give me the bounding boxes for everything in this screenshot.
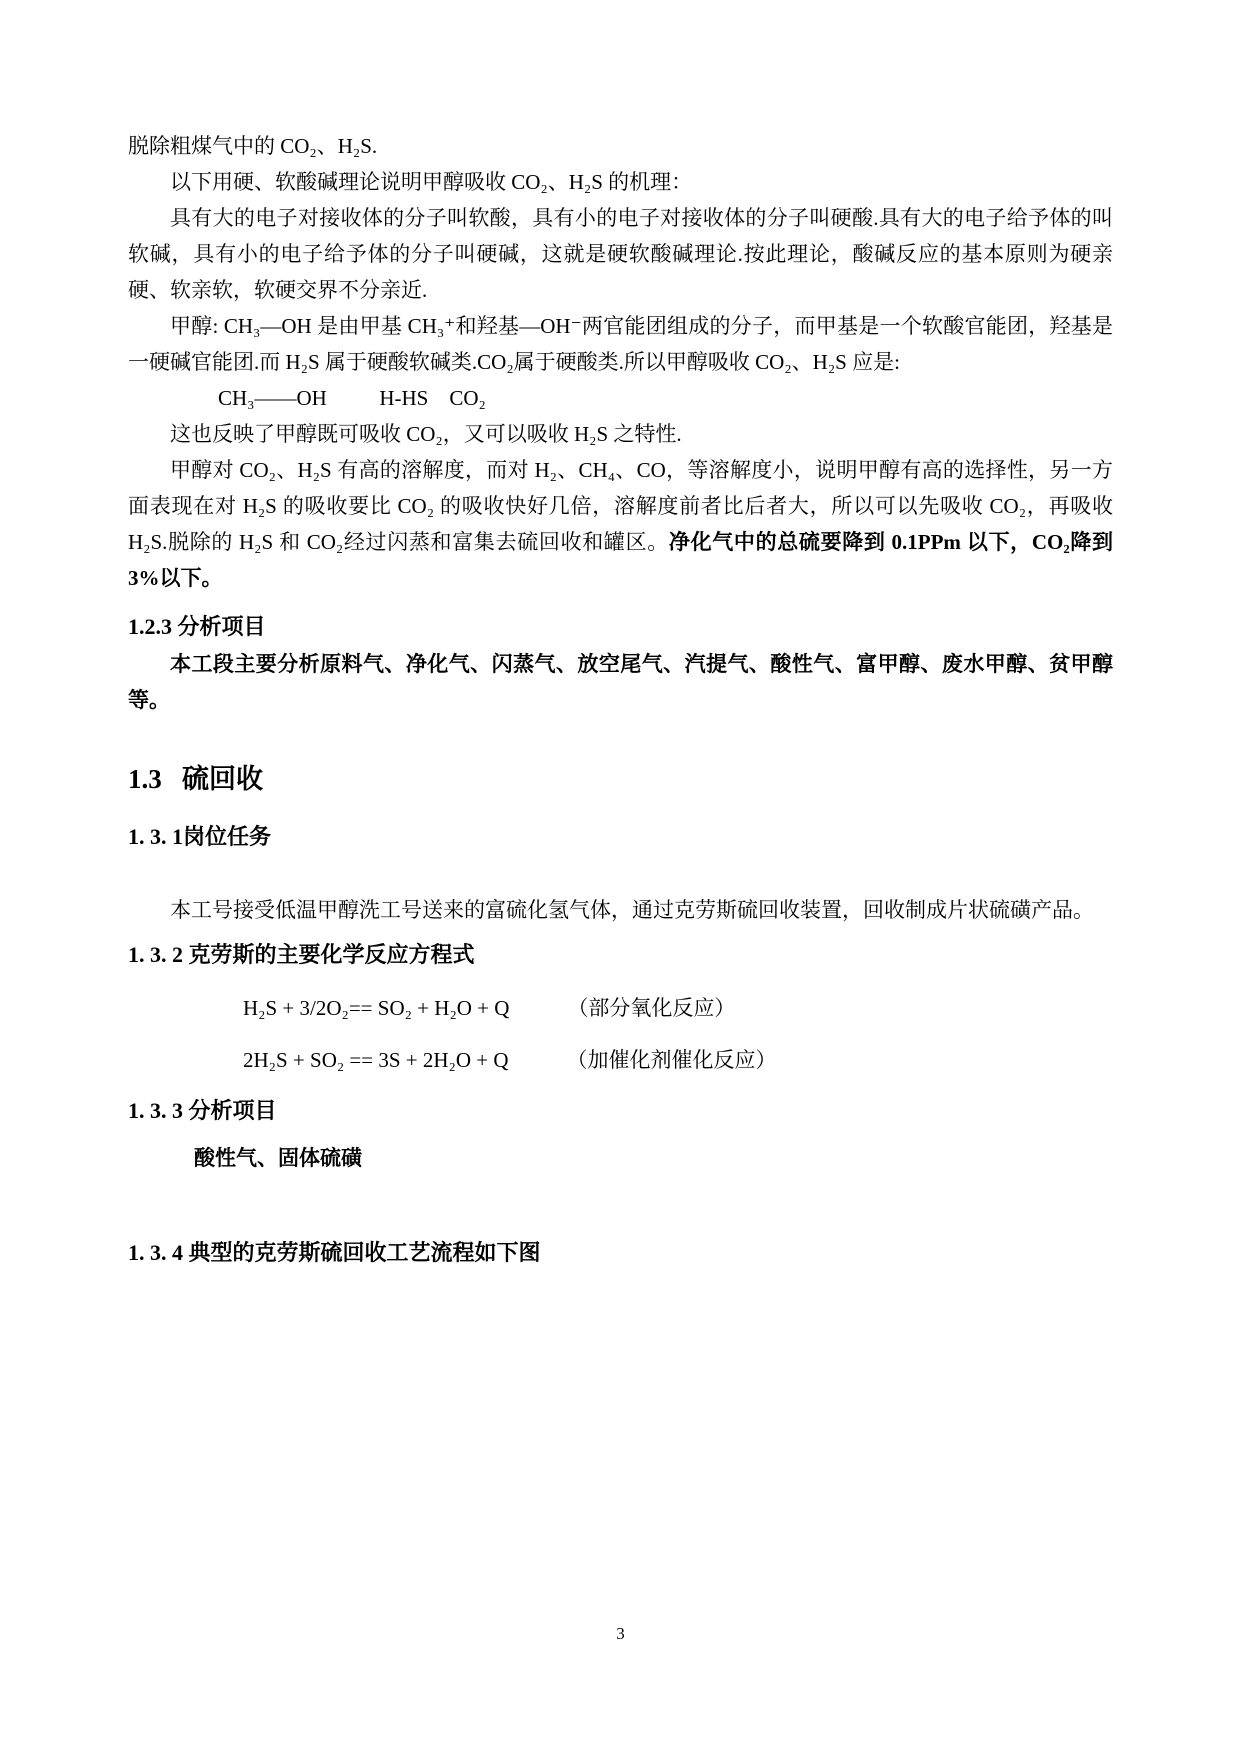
paragraph-analysis-items: 本工段主要分析原料气、净化气、闪蒸气、放空尾气、汽提气、酸性气、富甲醇、废水甲醇… bbox=[128, 646, 1113, 718]
heading-1-3-4-claus-flow-diagram: 1. 3. 4 典型的克劳斯硫回收工艺流程如下图 bbox=[128, 1234, 1113, 1272]
page-number: 3 bbox=[0, 1622, 1241, 1646]
document-page: 脱除粗煤气中的 CO₂、H₂S. 以下用硬、软酸碱理论说明甲醇吸收 CO₂、H₂… bbox=[0, 0, 1241, 1754]
paragraph-solubility: 甲醇对 CO₂、H₂S 有高的溶解度，而对 H₂、CH₄、CO，等溶解度小，说明… bbox=[128, 452, 1113, 596]
paragraph-intro-continuation: 脱除粗煤气中的 CO₂、H₂S. bbox=[128, 128, 1113, 164]
equation-row-1: H₂S + 3/2O₂== SO₂ + H₂O + Q（部分氧化反应） bbox=[128, 990, 1113, 1026]
paragraph-theory-lead: 以下用硬、软酸碱理论说明甲醇吸收 CO₂、H₂S 的机理： bbox=[128, 164, 1113, 200]
paragraph-hsab-theory: 具有大的电子对接收体的分子叫软酸，具有小的电子对接收体的分子叫硬酸.具有大的电子… bbox=[128, 200, 1113, 308]
heading-1-2-3-analysis-items: 1.2.3 分析项目 bbox=[128, 608, 1113, 646]
equation-1-formula: H₂S + 3/2O₂== SO₂ + H₂O + Q bbox=[243, 996, 509, 1020]
equation-row-2: 2H₂S + SO₂ == 3S + 2H₂O + Q（加催化剂催化反应） bbox=[128, 1042, 1113, 1078]
heading-1-3-sulfur-recovery: 1.3 硫回收 bbox=[128, 758, 1113, 800]
equation-1-note: （部分氧化反应） bbox=[567, 996, 735, 1020]
chemical-structure-line: CH₃——OH H-HS CO₂ bbox=[128, 380, 1113, 416]
paragraph-post-duty: 本工号接受低温甲醇洗工号送来的富硫化氢气体，通过克劳斯硫回收装置，回收制成片状硫… bbox=[128, 892, 1113, 928]
equation-2-note: （加催化剂催化反应） bbox=[567, 1048, 777, 1072]
paragraph-reflect: 这也反映了甲醇既可吸收 CO₂，又可以吸收 H₂S 之特性. bbox=[128, 416, 1113, 452]
heading-1-3-2-claus-equations: 1. 3. 2 克劳斯的主要化学反应方程式 bbox=[128, 936, 1113, 974]
paragraph-acid-gas-sulfur: 酸性气、固体硫磺 bbox=[128, 1140, 1113, 1176]
heading-1-3-3-analysis-items: 1. 3. 3 分析项目 bbox=[128, 1092, 1113, 1130]
equation-2-formula: 2H₂S + SO₂ == 3S + 2H₂O + Q bbox=[243, 1048, 509, 1072]
heading-1-3-1-post-duty: 1. 3. 1岗位任务 bbox=[128, 818, 1113, 856]
paragraph-methanol-structure: 甲醇: CH₃—OH 是由甲基 CH₃⁺和羟基—OH⁻两官能团组成的分子，而甲基… bbox=[128, 308, 1113, 380]
document-body: 脱除粗煤气中的 CO₂、H₂S. 以下用硬、软酸碱理论说明甲醇吸收 CO₂、H₂… bbox=[128, 128, 1113, 1272]
